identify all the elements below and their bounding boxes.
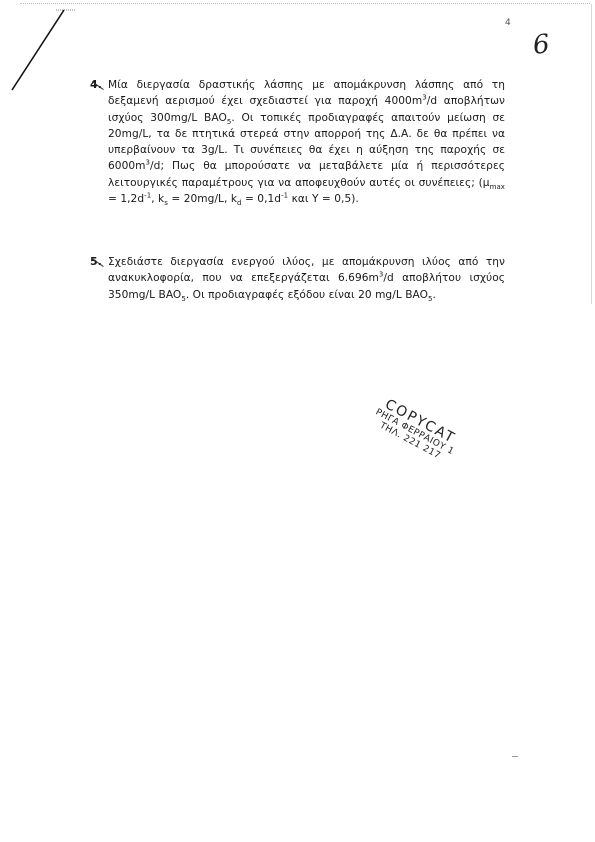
problem-5: 5. Σχεδιάστε διεργασία ενεργού ιλύος, με… bbox=[108, 254, 505, 303]
problem-number: 4. bbox=[90, 77, 102, 93]
handwritten-mark: 4 bbox=[505, 18, 511, 28]
problem-number: 5. bbox=[90, 254, 102, 270]
problem-text: Σχεδιάστε διεργασία ενεργού ιλύος, με απ… bbox=[108, 254, 505, 303]
scan-edge-right bbox=[591, 4, 592, 304]
corner-fold-mark bbox=[0, 0, 100, 110]
page-number: 6 bbox=[531, 29, 551, 61]
copy-shop-stamp: COPYCAT ΡΗΓΑ ΦΕΡΡΑΙΟΥ 1 ΤΗΛ. 221 217 bbox=[369, 395, 462, 466]
scan-edge-top bbox=[20, 3, 590, 5]
scan-speck bbox=[512, 756, 518, 757]
problem-4: 4. Μία διεργασία δραστικής λάσπης με απο… bbox=[108, 77, 505, 207]
problem-text: Μία διεργασία δραστικής λάσπης με απομάκ… bbox=[108, 77, 505, 207]
